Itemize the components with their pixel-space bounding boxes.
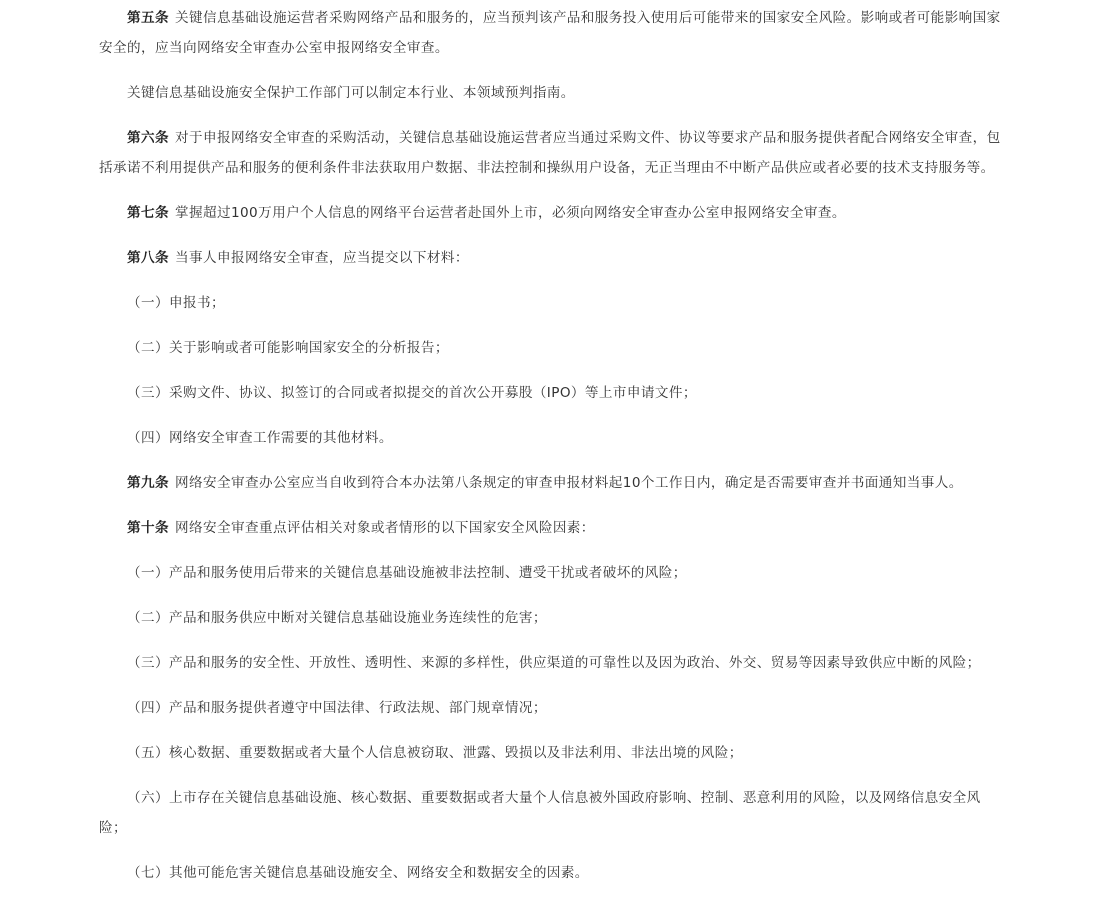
- list-item-text: （七）其他可能危害关键信息基础设施安全、网络安全和数据安全的因素。: [127, 865, 589, 881]
- article-8-item-2: （二）关于影响或者可能影响国家安全的分析报告；: [99, 333, 1003, 363]
- article-number: 第八条: [127, 250, 169, 266]
- article-10-item-2: （二）产品和服务供应中断对关键信息基础设施业务连续性的危害；: [99, 603, 1003, 633]
- paragraph-text: 网络安全审查重点评估相关对象或者情形的以下国家安全风险因素：: [175, 520, 595, 536]
- paragraph-text: 关键信息基础设施运营者采购网络产品和服务的，应当预判该产品和服务投入使用后可能带…: [99, 10, 1001, 56]
- article-10-item-4: （四）产品和服务提供者遵守中国法律、行政法规、部门规章情况；: [99, 693, 1003, 723]
- paragraph-text: 掌握超过100万用户个人信息的网络平台运营者赴国外上市，必须向网络安全审查办公室…: [175, 205, 846, 221]
- paragraph-text: 对于申报网络安全审查的采购活动，关键信息基础设施运营者应当通过采购文件、协议等要…: [99, 130, 1001, 176]
- article-6-paragraph: 第六条对于申报网络安全审查的采购活动，关键信息基础设施运营者应当通过采购文件、协…: [99, 123, 1003, 183]
- article-number: 第十条: [127, 520, 169, 536]
- list-item-text: （四）网络安全审查工作需要的其他材料。: [127, 430, 393, 446]
- document-body: 第五条关键信息基础设施运营者采购网络产品和服务的，应当预判该产品和服务投入使用后…: [99, 3, 1003, 903]
- article-5-paragraph: 第五条关键信息基础设施运营者采购网络产品和服务的，应当预判该产品和服务投入使用后…: [99, 3, 1003, 63]
- article-8-item-4: （四）网络安全审查工作需要的其他材料。: [99, 423, 1003, 453]
- article-10-paragraph: 第十条网络安全审查重点评估相关对象或者情形的以下国家安全风险因素：: [99, 513, 1003, 543]
- paragraph-text: 网络安全审查办公室应当自收到符合本办法第八条规定的审查申报材料起10个工作日内，…: [175, 475, 963, 491]
- list-item-text: （一）产品和服务使用后带来的关键信息基础设施被非法控制、遭受干扰或者破坏的风险；: [127, 565, 687, 581]
- article-number: 第九条: [127, 475, 169, 491]
- article-number: 第五条: [127, 10, 169, 26]
- article-number: 第七条: [127, 205, 169, 221]
- list-item-text: （一）申报书；: [127, 295, 225, 311]
- article-8-item-1: （一）申报书；: [99, 288, 1003, 318]
- list-item-text: （二）产品和服务供应中断对关键信息基础设施业务连续性的危害；: [127, 610, 547, 626]
- article-7-paragraph: 第七条掌握超过100万用户个人信息的网络平台运营者赴国外上市，必须向网络安全审查…: [99, 198, 1003, 228]
- paragraph-text: 关键信息基础设施安全保护工作部门可以制定本行业、本领域预判指南。: [127, 85, 575, 101]
- article-10-item-6: （六）上市存在关键信息基础设施、核心数据、重要数据或者大量个人信息被外国政府影响…: [99, 783, 1003, 843]
- list-item-text: （五）核心数据、重要数据或者大量个人信息被窃取、泄露、毁损以及非法利用、非法出境…: [127, 745, 743, 761]
- article-8-paragraph: 第八条当事人申报网络安全审查，应当提交以下材料：: [99, 243, 1003, 273]
- article-9-paragraph: 第九条网络安全审查办公室应当自收到符合本办法第八条规定的审查申报材料起10个工作…: [99, 468, 1003, 498]
- list-item-text: （三）采购文件、协议、拟签订的合同或者拟提交的首次公开募股（IPO）等上市申请文…: [127, 385, 697, 401]
- list-item-text: （六）上市存在关键信息基础设施、核心数据、重要数据或者大量个人信息被外国政府影响…: [99, 790, 981, 836]
- article-5-note-paragraph: 关键信息基础设施安全保护工作部门可以制定本行业、本领域预判指南。: [99, 78, 1003, 108]
- paragraph-text: 当事人申报网络安全审查，应当提交以下材料：: [175, 250, 469, 266]
- list-item-text: （三）产品和服务的安全性、开放性、透明性、来源的多样性，供应渠道的可靠性以及因为…: [127, 655, 981, 671]
- list-item-text: （二）关于影响或者可能影响国家安全的分析报告；: [127, 340, 449, 356]
- article-10-item-3: （三）产品和服务的安全性、开放性、透明性、来源的多样性，供应渠道的可靠性以及因为…: [99, 648, 1003, 678]
- article-10-item-1: （一）产品和服务使用后带来的关键信息基础设施被非法控制、遭受干扰或者破坏的风险；: [99, 558, 1003, 588]
- article-8-item-3: （三）采购文件、协议、拟签订的合同或者拟提交的首次公开募股（IPO）等上市申请文…: [99, 378, 1003, 408]
- article-10-item-5: （五）核心数据、重要数据或者大量个人信息被窃取、泄露、毁损以及非法利用、非法出境…: [99, 738, 1003, 768]
- article-number: 第六条: [127, 130, 169, 146]
- article-10-item-7: （七）其他可能危害关键信息基础设施安全、网络安全和数据安全的因素。: [99, 858, 1003, 888]
- list-item-text: （四）产品和服务提供者遵守中国法律、行政法规、部门规章情况；: [127, 700, 547, 716]
